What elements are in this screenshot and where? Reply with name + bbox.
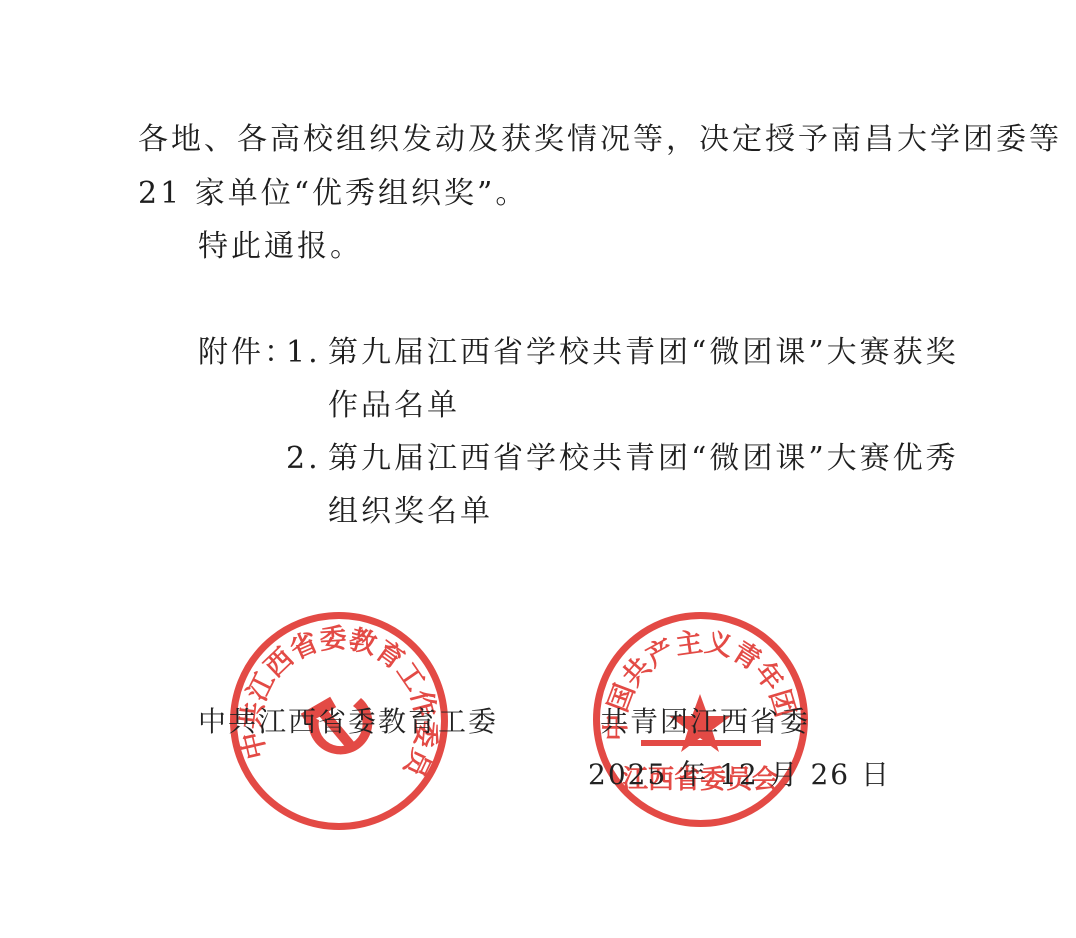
issuer-right-signature: 共青团江西省委 <box>600 705 810 739</box>
attachment-2-number: 2. <box>286 441 321 477</box>
attachments-label: 附件： <box>198 335 297 371</box>
attachment-2-title-line1: 第九届江西省学校共青团“微团课”大赛优秀 <box>328 441 959 477</box>
seal-divider-line <box>641 740 761 746</box>
body-paragraph-line-2: 21 家单位“优秀组织奖”。 <box>138 176 528 212</box>
closing-phrase: 特此通报。 <box>198 229 363 265</box>
attachment-2-title-line2: 组织奖名单 <box>328 494 493 530</box>
seal-left-ring-text: 中共江西省委教育工作委员会 <box>230 612 442 783</box>
attachment-1-title-line2: 作品名单 <box>328 388 460 424</box>
issue-date: 2025 年 12 月 26 日 <box>588 758 891 792</box>
issuer-left-signature: 中共江西省委教育工委 <box>198 705 498 739</box>
body-paragraph-line-1: 各地、各高校组织发动及获奖情况等，决定授予南昌大学团委等 <box>138 122 1062 158</box>
attachment-1-title-line1: 第九届江西省学校共青团“微团课”大赛获奖 <box>328 335 959 371</box>
attachment-1-number: 1. <box>286 335 321 371</box>
